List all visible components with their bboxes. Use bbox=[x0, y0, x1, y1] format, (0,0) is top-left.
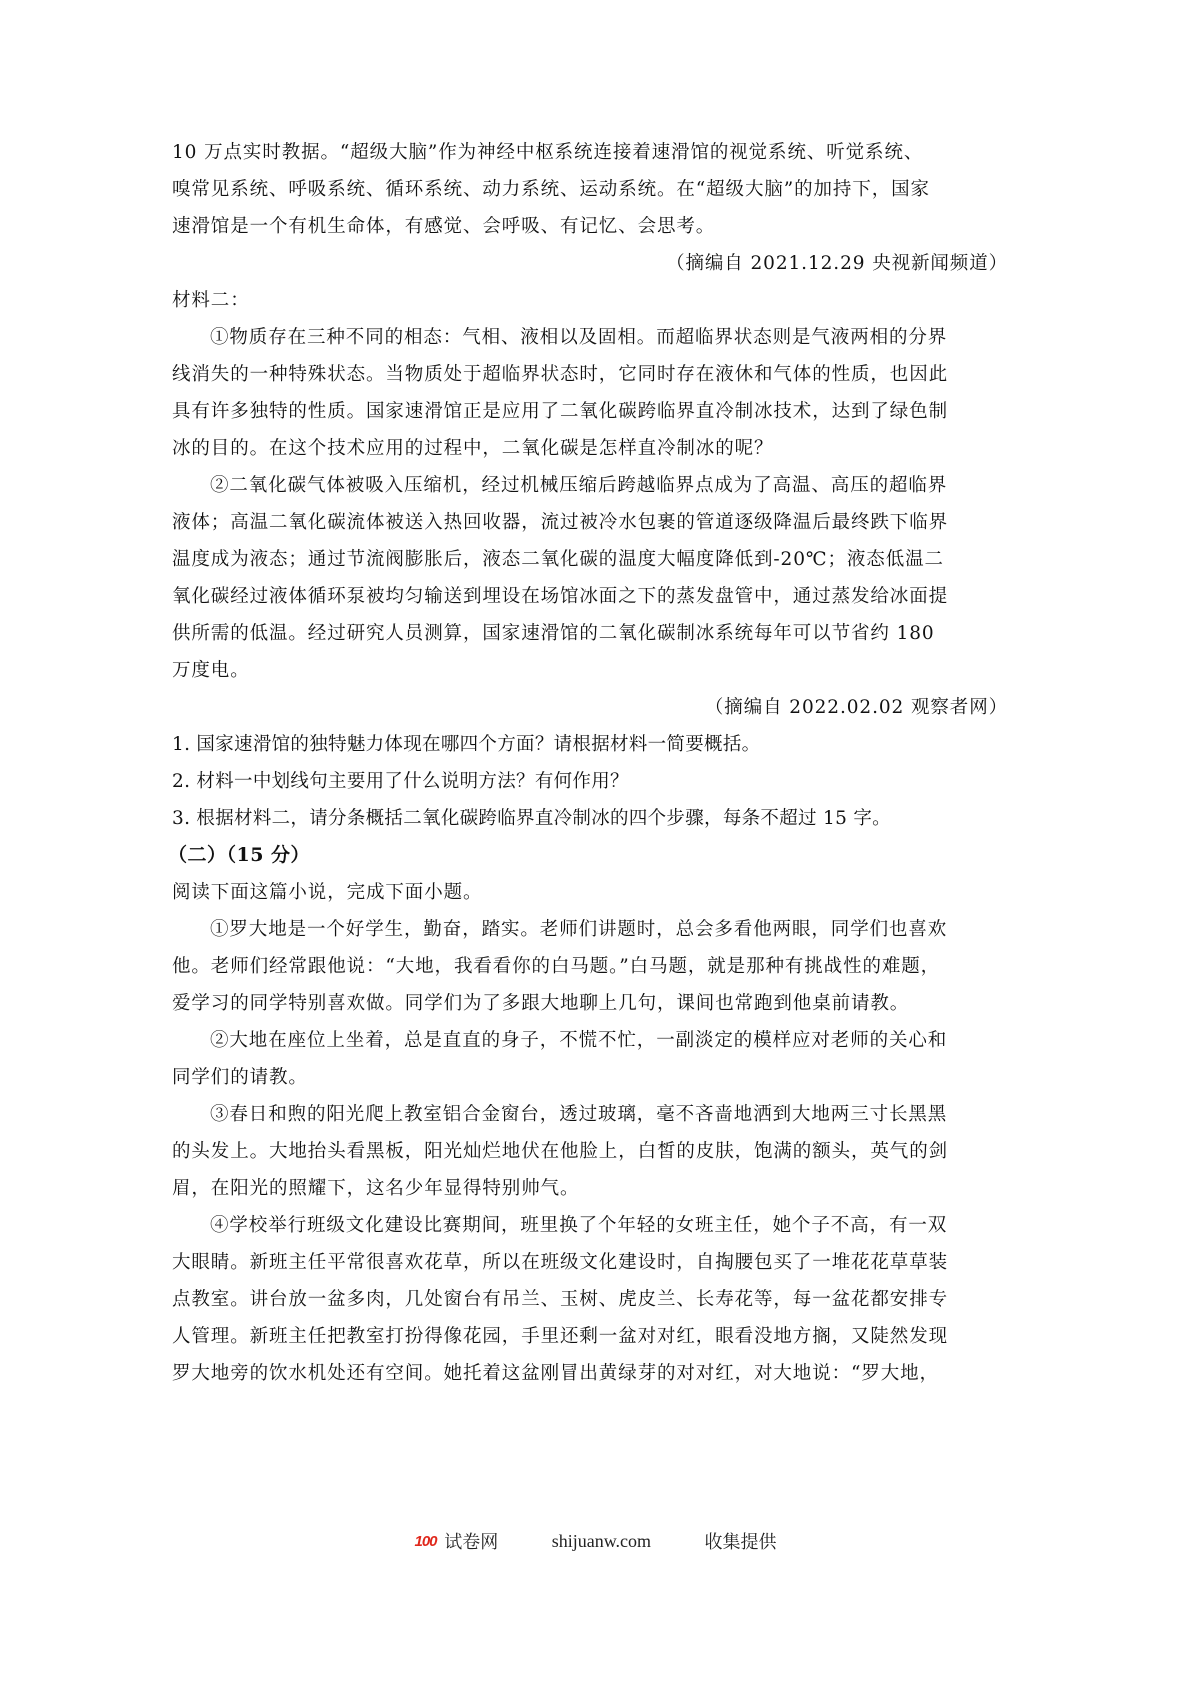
question-list: 1. 国家速滑馆的独特魅力体现在哪四个方面？请根据材料一简要概括。 2. 材料一… bbox=[172, 726, 1012, 837]
text-line: ④学校举行班级文化建设比赛期间，班里换了个年轻的女班主任，她个子不高，有一双 bbox=[172, 1207, 1012, 1244]
text-line: ①罗大地是一个好学生，勤奋，踏实。老师们讲题时，总会多看他两眼，同学们也喜欢 bbox=[172, 911, 1012, 948]
instruction: 阅读下面这篇小说，完成下面小题。 bbox=[172, 874, 1012, 911]
text-line: 爱学习的同学特别喜欢做。同学们为了多跟大地聊上几句，课间也常跑到他桌前请教。 bbox=[172, 985, 1012, 1022]
text-line: 温度成为液态；通过节流阀膨胀后，液态二氧化碳的温度大幅度降低到-20℃；液态低温… bbox=[172, 541, 1012, 578]
text-line: 液体；高温二氧化碳流体被送入热回收器，流过被冷水包裹的管道逐级降温后最终跌下临界 bbox=[172, 504, 1012, 541]
material-two: 材料二： ①物质存在三种不同的相态：气相、液相以及固相。而超临界状态则是气液两相… bbox=[172, 282, 1012, 726]
text-line: 眉，在阳光的照耀下，这名少年显得特别帅气。 bbox=[172, 1170, 1012, 1207]
question-item: 3. 根据材料二，请分条概括二氧化碳跨临界直冷制冰的四个步骤，每条不超过 15 … bbox=[172, 800, 1012, 837]
site-logo-text: 试卷网 bbox=[444, 1528, 498, 1554]
text-line: 供所需的低温。经过研究人员测算，国家速滑馆的二氧化碳制冰系统每年可以节省约 18… bbox=[172, 615, 1012, 652]
section-heading: （二）（15 分） bbox=[168, 837, 1012, 874]
text-line: ③春日和煦的阳光爬上教室铝合金窗台，透过玻璃，毫不吝啬地洒到大地两三寸长黑黑 bbox=[172, 1096, 1012, 1133]
source-citation: （摘编自 2021.12.29 央视新闻频道） bbox=[172, 245, 1012, 282]
text-line: 点教室。讲台放一盆多肉，几处窗台有吊兰、玉树、虎皮兰、长寿花等，每一盆花都安排专 bbox=[172, 1281, 1012, 1318]
exam-page: 10 万点实时教据。“超级大脑”作为神经中枢系统连接着速滑馆的视觉系统、听觉系统… bbox=[172, 134, 1012, 1392]
text-line: 大眼睛。新班主任平常很喜欢花草，所以在班级文化建设时，自掏腰包买了一堆花花草草装 bbox=[172, 1244, 1012, 1281]
text-line: 氧化碳经过液体循环泵被均匀输送到埋设在场馆冰面之下的蒸发盘管中，通过蒸发给冰面提 bbox=[172, 578, 1012, 615]
text-line: 他。老师们经常跟他说：“大地，我看看你的白马题。”白马题，就是那种有挑战性的难题… bbox=[172, 948, 1012, 985]
question-item: 1. 国家速滑馆的独特魅力体现在哪四个方面？请根据材料一简要概括。 bbox=[172, 726, 1012, 763]
text-line: 具有许多独特的性质。国家速滑馆正是应用了二氧化碳跨临界直冷制冰技术，达到了绿色制 bbox=[172, 393, 1012, 430]
text-line: ②大地在座位上坐着，总是直直的身子，不慌不忙，一副淡定的模样应对老师的关心和 bbox=[172, 1022, 1012, 1059]
text-line: ②二氧化碳气体被吸入压缩机，经过机械压缩后跨越临界点成为了高温、高压的超临界 bbox=[172, 467, 1012, 504]
text-line: 同学们的请教。 bbox=[172, 1059, 1012, 1096]
text-line: 人管理。新班主任把教室打扮得像花园，手里还剩一盆对对红，眼看没地方搁，又陡然发现 bbox=[172, 1318, 1012, 1355]
text-line: ①物质存在三种不同的相态：气相、液相以及固相。而超临界状态则是气液两相的分界 bbox=[172, 319, 1012, 356]
credit-text: 收集提供 bbox=[705, 1528, 777, 1554]
text-line: 的头发上。大地抬头看黑板，阳光灿烂地伏在他脸上，白皙的皮肤，饱满的额头，英气的剑 bbox=[172, 1133, 1012, 1170]
question-item: 2. 材料一中划线句主要用了什么说明方法？有何作用？ bbox=[172, 763, 1012, 800]
section-two: （二）（15 分） 阅读下面这篇小说，完成下面小题。 ①罗大地是一个好学生，勤奋… bbox=[172, 837, 1012, 1392]
text-line: 线消失的一种特殊状态。当物质处于超临界状态时，它同时存在液休和气体的性质，也因此 bbox=[172, 356, 1012, 393]
site-logo-icon: 100 bbox=[414, 1533, 436, 1550]
text-line: 嗅常见系统、呼吸系统、循环系统、动力系统、运动系统。在“超级大脑”的加持下，国家 bbox=[172, 171, 1012, 208]
text-line: 冰的目的。在这个技术应用的过程中，二氧化碳是怎样直冷制冰的呢？ bbox=[172, 430, 1012, 467]
material-title: 材料二： bbox=[172, 282, 1012, 319]
page-footer: 100 试卷网 shijuanw.com 收集提供 bbox=[0, 1528, 1191, 1554]
text-line: 万度电。 bbox=[172, 652, 1012, 689]
text-line: 罗大地旁的饮水机处还有空间。她托着这盆刚冒出黄绿芽的对对红，对大地说：“罗大地， bbox=[172, 1355, 1012, 1392]
site-url: shijuanw.com bbox=[552, 1531, 651, 1552]
text-line: 10 万点实时教据。“超级大脑”作为神经中枢系统连接着速滑馆的视觉系统、听觉系统… bbox=[172, 134, 1012, 171]
material-one-tail: 10 万点实时教据。“超级大脑”作为神经中枢系统连接着速滑馆的视觉系统、听觉系统… bbox=[172, 134, 1012, 282]
source-citation: （摘编自 2022.02.02 观察者网） bbox=[172, 689, 1012, 726]
text-line: 速滑馆是一个有机生命体，有感觉、会呼吸、有记忆、会思考。 bbox=[172, 208, 1012, 245]
